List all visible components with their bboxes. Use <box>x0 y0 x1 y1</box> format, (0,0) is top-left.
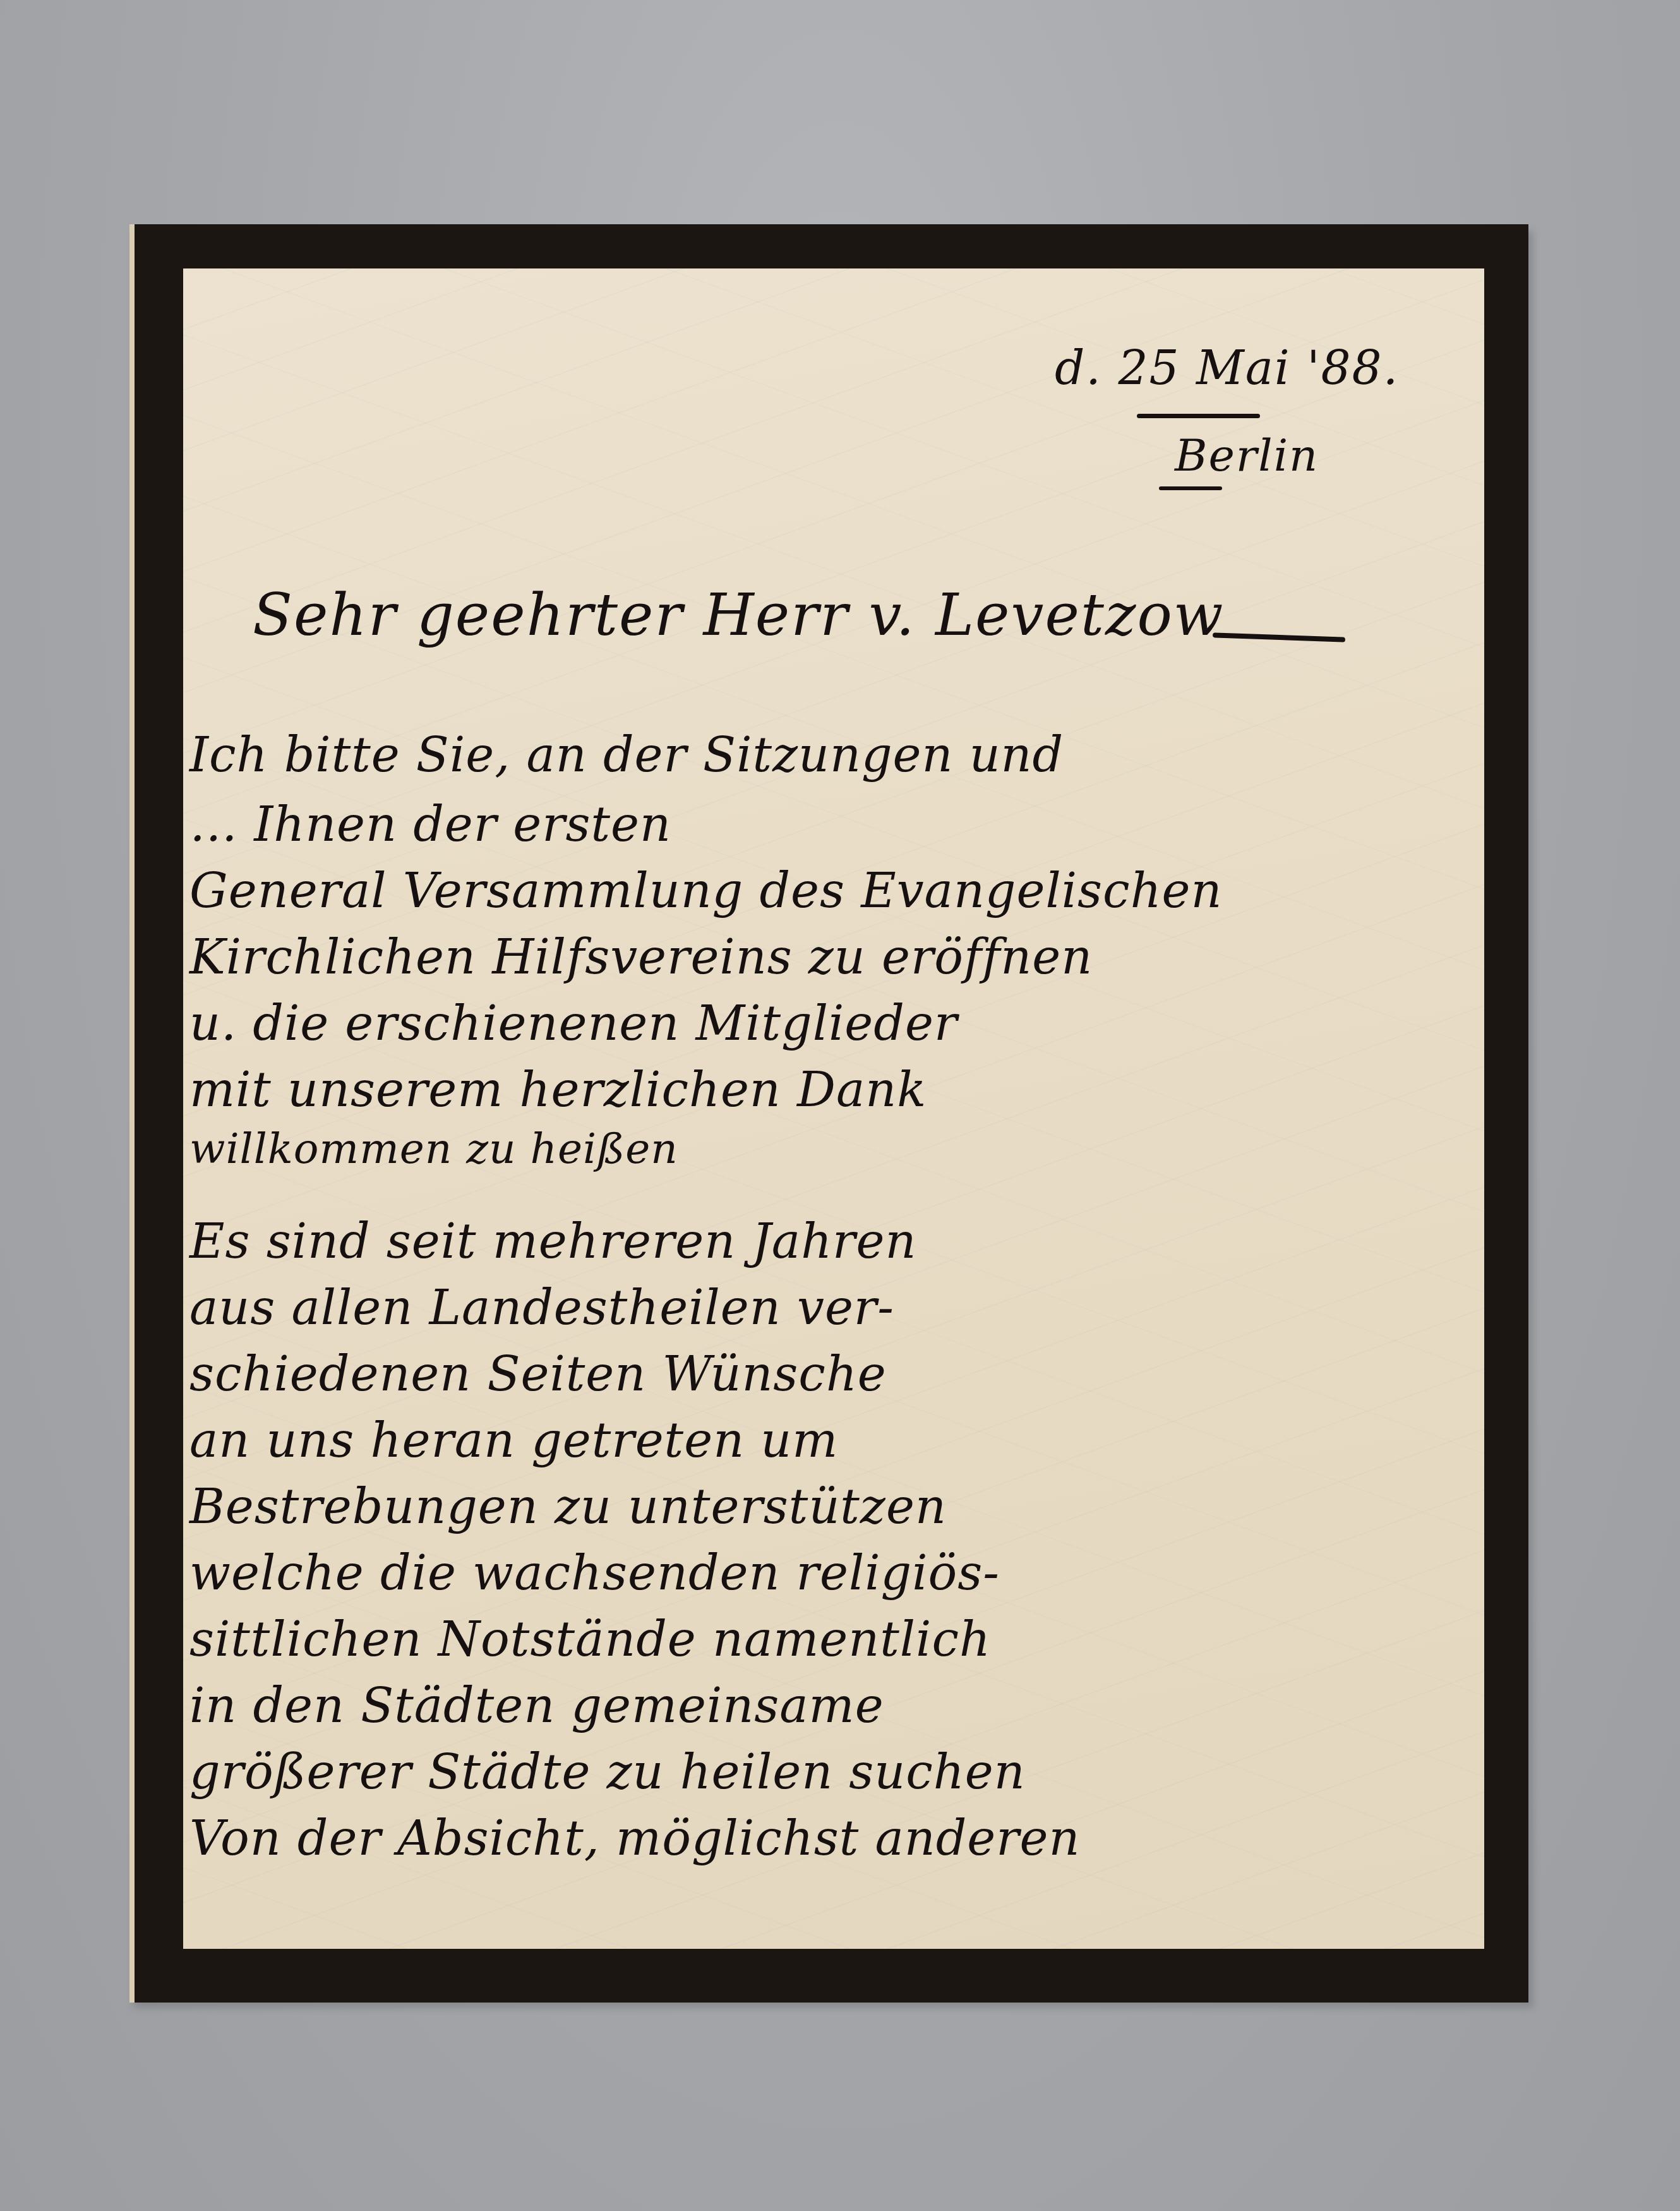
body-line: sittlichen Notstände namentlich <box>189 1611 991 1667</box>
salutation: Sehr geehrter Herr v. Levetzow <box>253 581 1225 649</box>
letter-date: d. 25 Mai '88. <box>1055 341 1399 395</box>
letter-place: Berlin <box>1175 430 1319 481</box>
body-line: mit unserem herzlichen Dank <box>189 1061 927 1118</box>
body-line: aus allen Landestheilen ver- <box>189 1279 894 1335</box>
body-line: Ich bitte Sie, an der Sitzungen und <box>189 726 1064 783</box>
body-line: Kirchlichen Hilfsvereins zu eröffnen <box>189 929 1093 985</box>
body-line: … Ihnen der ersten <box>189 796 671 852</box>
body-line: Bestrebungen zu unterstützen <box>189 1478 947 1534</box>
body-line: willkommen zu heißen <box>189 1124 678 1173</box>
body-line: an uns heran getreten um <box>189 1412 838 1468</box>
date-underline <box>1137 414 1260 418</box>
body-line: schiedenen Seiten Wünsche <box>189 1346 887 1402</box>
place-underline <box>1159 486 1222 490</box>
body-line: in den Städten gemeinsame <box>189 1677 884 1733</box>
body-line: größerer Städte zu heilen suchen <box>189 1744 1026 1800</box>
body-line: Von der Absicht, möglichst anderen <box>189 1810 1081 1866</box>
body-line: General Versammlung des Evangelischen <box>189 862 1223 919</box>
body-line: welche die wachsenden religiös- <box>189 1545 1000 1601</box>
body-line: u. die erschienenen Mitglieder <box>189 995 957 1051</box>
body-line: Es sind seit mehreren Jahren <box>189 1213 916 1269</box>
